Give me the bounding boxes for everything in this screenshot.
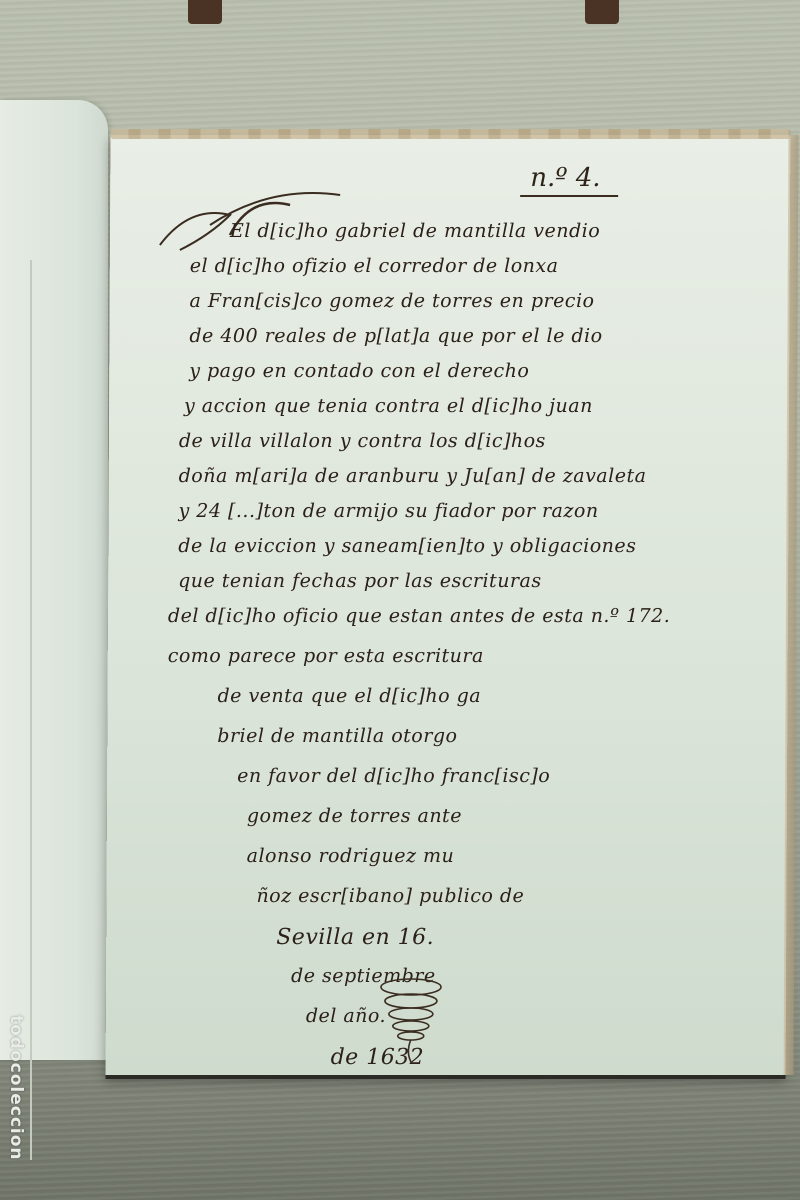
text-line: alonso rodriguez mu — [247, 845, 455, 867]
text-line: en favor del d[ic]ho franc[isc]o — [237, 765, 550, 787]
watermark: todocoleccion — [6, 1015, 26, 1161]
spine-line — [30, 260, 32, 1160]
text-line: a Fran[cis]co gomez de torres en precio — [190, 290, 595, 312]
text-line: y pago en contado con el derecho — [189, 360, 529, 382]
text-line: de la eviccion y saneam[ien]to y obligac… — [178, 535, 636, 557]
text-line: El d[ic]ho gabriel de mantilla vendio — [230, 220, 600, 242]
text-line: de 400 reales de p[lat]a que por el le d… — [189, 325, 602, 347]
text-line: Sevilla en 16. — [276, 925, 434, 950]
closing-spiral-flourish-icon — [376, 975, 446, 1065]
text-line: de villa villalon y contra los d[ic]hos — [179, 430, 546, 452]
text-line: de venta que el d[ic]ho ga — [217, 685, 481, 707]
text-line: como parece por esta escritura — [168, 645, 484, 667]
document-number: n.º 4. — [530, 163, 600, 193]
book-stand-peg-right — [585, 0, 619, 24]
text-line: ñoz escr[ibano] publico de — [256, 885, 524, 907]
text-line: y accion que tenia contra el d[ic]ho jua… — [184, 395, 593, 417]
text-line: doña m[ari]a de aranburu y Ju[an] de zav… — [179, 465, 647, 487]
text-line: y 24 [...]ton de armijo su fiador por ra… — [178, 500, 598, 522]
book-stand-peg-left — [188, 0, 222, 24]
text-line: del año. — [306, 1005, 386, 1027]
flourish-icon — [150, 175, 350, 255]
manuscript-page: n.º 4. El d[ic]ho gabriel de mantilla ve… — [106, 135, 791, 1075]
text-line: gomez de torres ante — [247, 805, 462, 827]
text-line: el d[ic]ho ofizio el corredor de lonxa — [190, 255, 559, 277]
page-edge-top — [110, 129, 790, 139]
previous-page — [0, 100, 108, 1060]
text-line: briel de mantilla otorgo — [217, 725, 457, 747]
text-line: del d[ic]ho oficio que estan antes de es… — [168, 605, 670, 627]
text-line: que tenian fechas por las escrituras — [178, 570, 542, 592]
